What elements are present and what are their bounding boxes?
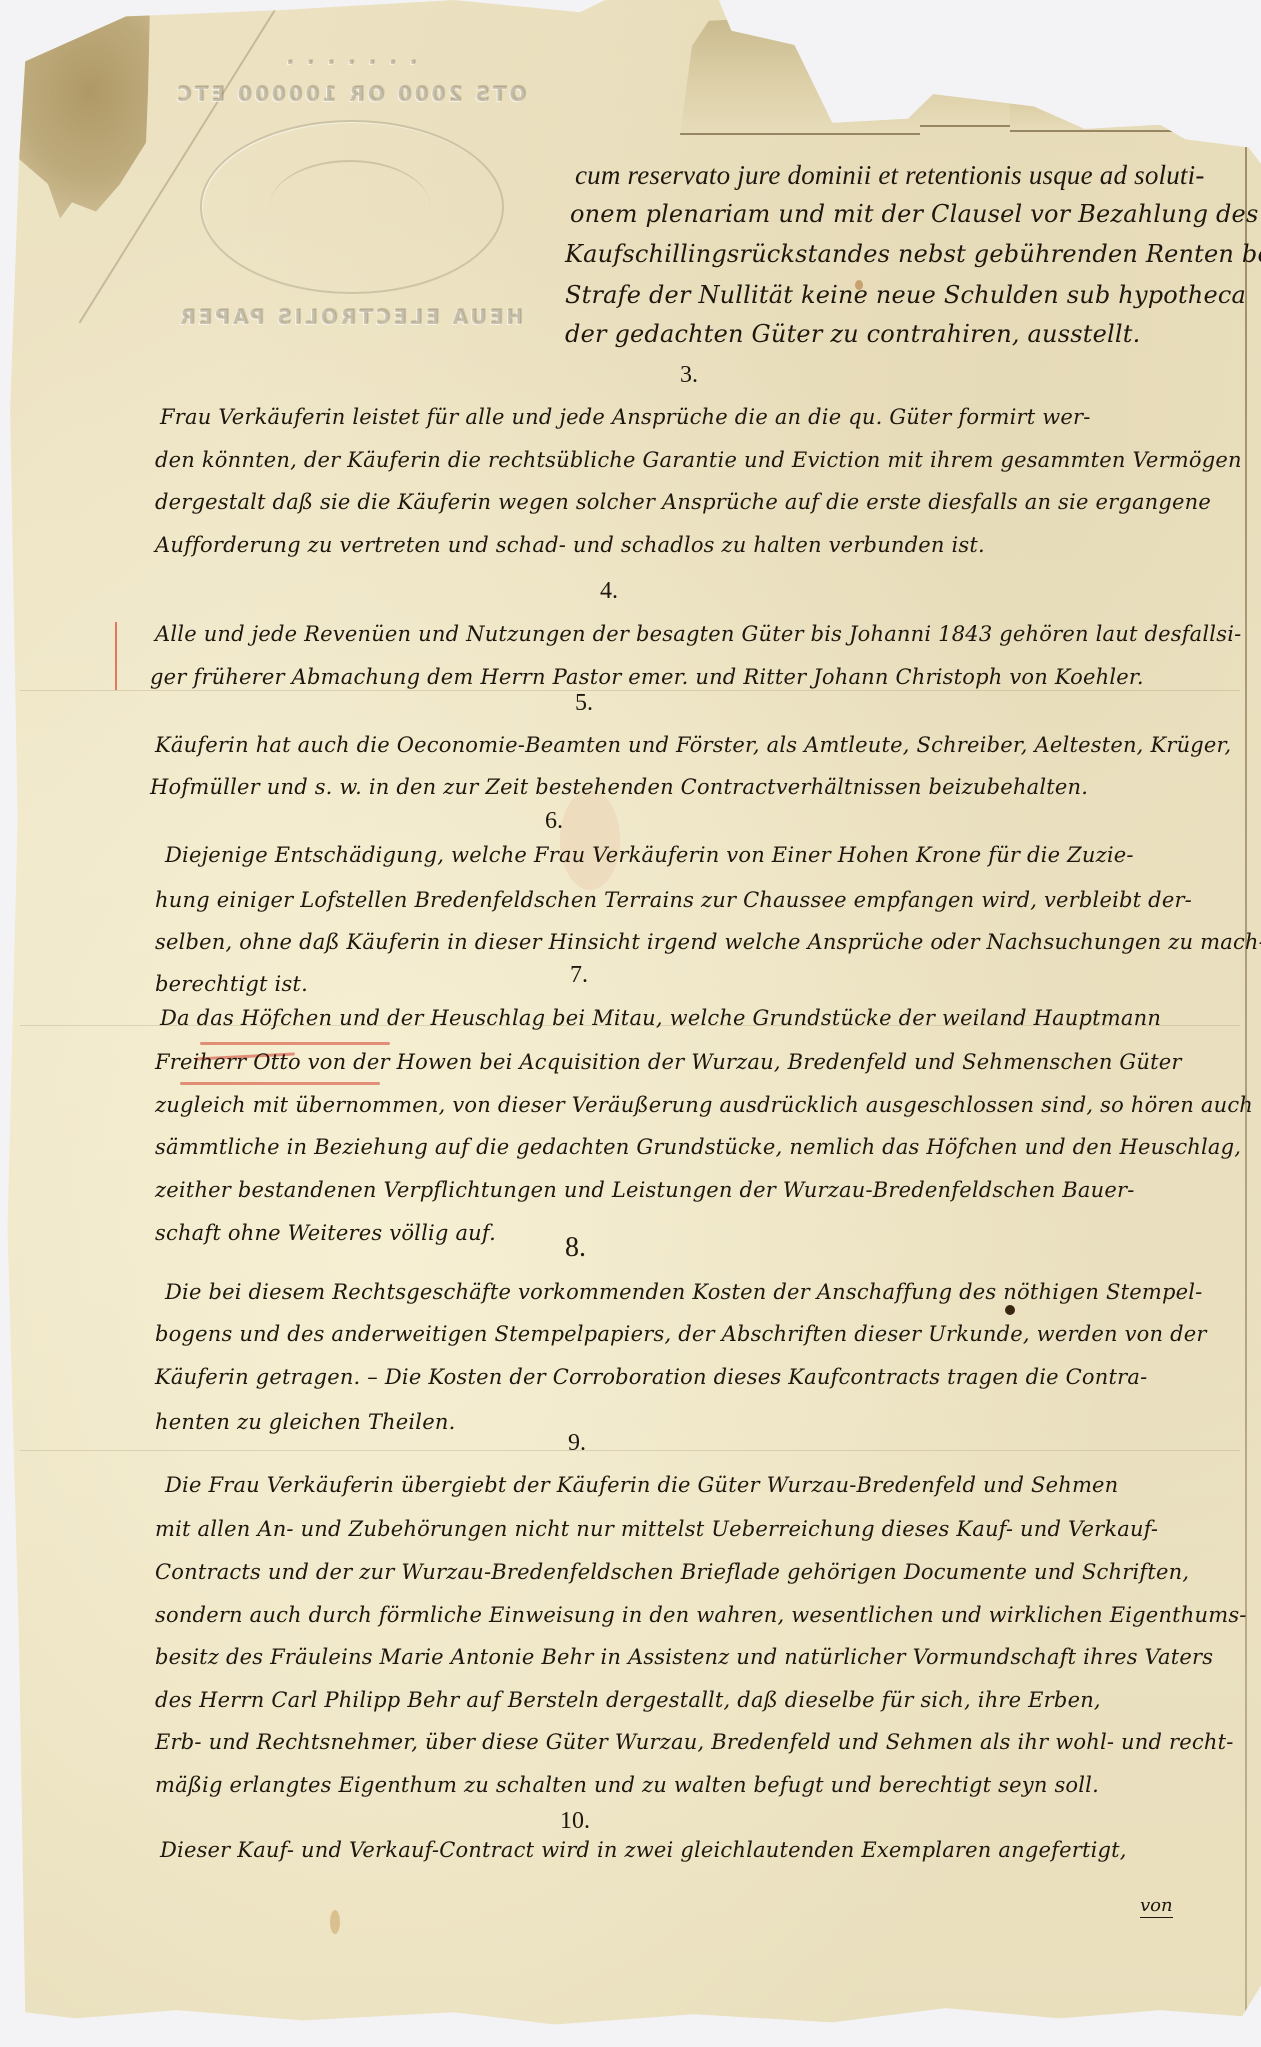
paper-fold bbox=[1245, 120, 1247, 2020]
text-line: sondern auch durch förmliche Einweisung … bbox=[155, 1603, 1247, 1627]
catchword: von bbox=[1140, 1895, 1173, 1918]
text-line: Kaufschillingsrückstandes nebst gebühren… bbox=[565, 240, 1261, 268]
section-number: 9. bbox=[568, 1430, 586, 1457]
section-number: 3. bbox=[680, 362, 698, 389]
text-line: schaft ohne Weiteres völlig auf. bbox=[155, 1221, 496, 1245]
text-line: ger früherer Abmachung dem Herrn Pastor … bbox=[150, 665, 1144, 689]
text-line: dergestalt daß sie die Käuferin wegen so… bbox=[155, 490, 1211, 514]
torn-edge bbox=[680, 8, 920, 135]
text-line: besitz des Fräuleins Marie Antonie Behr … bbox=[155, 1645, 1213, 1669]
text-line: zugleich mit übernommen, von dieser Verä… bbox=[155, 1093, 1253, 1117]
text-line: Frau Verkäuferin leistet für alle und je… bbox=[160, 405, 1091, 429]
text-line: Diejenige Entschädigung, welche Frau Ver… bbox=[165, 843, 1134, 867]
text-line: onem plenariam und mit der Clausel vor B… bbox=[570, 200, 1258, 228]
stain-spot bbox=[330, 1910, 340, 1934]
torn-edge bbox=[1010, 75, 1250, 132]
text-line: Die bei diesem Rechtsgeschäfte vorkommen… bbox=[165, 1280, 1202, 1304]
red-pencil-mark bbox=[115, 622, 117, 690]
text-line: Erb- und Rechtsnehmer, über diese Güter … bbox=[155, 1730, 1234, 1754]
red-underline bbox=[200, 1042, 390, 1045]
torn-edge bbox=[920, 35, 1010, 127]
eagle-emblem-icon bbox=[270, 160, 430, 252]
text-line: sämmtliche in Beziehung auf die gedachte… bbox=[155, 1135, 1241, 1159]
text-line: Hofmüller und s. w. in den zur Zeit best… bbox=[150, 775, 1088, 799]
text-line: Aufforderung zu vertreten und schad- und… bbox=[155, 533, 985, 557]
text-line: Contracts und der zur Wurzau-Bredenfelds… bbox=[155, 1560, 1189, 1584]
text-line: Freiherr Otto von der Howen bei Acquisit… bbox=[155, 1050, 1182, 1074]
text-line: mäßig erlangtes Eigenthum zu schalten un… bbox=[155, 1773, 1099, 1797]
text-line: bogens und des anderweitigen Stempelpapi… bbox=[155, 1322, 1207, 1346]
text-line: der gedachten Güter zu contrahiren, auss… bbox=[565, 320, 1140, 348]
text-line: henten zu gleichen Theilen. bbox=[155, 1410, 455, 1434]
text-line: Käuferin getragen. – Die Kosten der Corr… bbox=[155, 1365, 1147, 1389]
section-number: 7. bbox=[570, 962, 588, 989]
text-line: Da das Höfchen und der Heuschlag bei Mit… bbox=[160, 1006, 1161, 1030]
text-line: hung einiger Lofstellen Bredenfeldschen … bbox=[155, 888, 1192, 912]
section-number: 4. bbox=[600, 578, 618, 605]
text-line: Käuferin hat auch die Oeconomie-Beamten … bbox=[155, 733, 1231, 757]
text-line: selben, ohne daß Käuferin in dieser Hins… bbox=[155, 930, 1261, 954]
text-line: cum reservato jure dominii et retentioni… bbox=[575, 160, 1205, 191]
document-page: · · · · · · · OTS 2000 OR 100000 ETC HEU… bbox=[0, 0, 1261, 2047]
text-line: Alle und jede Revenüen und Nutzungen der… bbox=[155, 622, 1241, 646]
stain-spot bbox=[560, 790, 620, 890]
stamp-text: · · · · · · · bbox=[160, 50, 540, 74]
text-line: zeither bestandenen Verpflichtungen und … bbox=[155, 1178, 1135, 1202]
text-line: mit allen An- und Zubehörungen nicht nur… bbox=[155, 1517, 1158, 1541]
stamp-text: OTS 2000 OR 100000 ETC bbox=[160, 82, 540, 106]
paper-fold bbox=[20, 690, 1240, 691]
section-number: 10. bbox=[560, 1808, 590, 1835]
paper-fold bbox=[20, 1450, 1240, 1451]
section-number: 6. bbox=[545, 808, 563, 835]
text-line: berechtigt ist. bbox=[155, 972, 308, 996]
ink-blot bbox=[1005, 1305, 1015, 1315]
text-line: Die Frau Verkäuferin übergiebt der Käufe… bbox=[165, 1473, 1118, 1497]
section-number: 8. bbox=[565, 1232, 586, 1264]
text-line: den könnten, der Käuferin die rechtsübli… bbox=[155, 448, 1242, 472]
red-underline bbox=[180, 1082, 380, 1085]
embossed-stamp: · · · · · · · OTS 2000 OR 100000 ETC HEU… bbox=[160, 40, 540, 340]
text-line: Dieser Kauf- und Verkauf-Contract wird i… bbox=[160, 1838, 1127, 1862]
stamp-text: HEUA ELECTROLIS PAPER bbox=[160, 305, 540, 329]
text-line: des Herrn Carl Philipp Behr auf Bersteln… bbox=[155, 1688, 1101, 1712]
section-number: 5. bbox=[575, 690, 593, 717]
text-line: Strafe der Nullität keine neue Schulden … bbox=[565, 281, 1246, 309]
